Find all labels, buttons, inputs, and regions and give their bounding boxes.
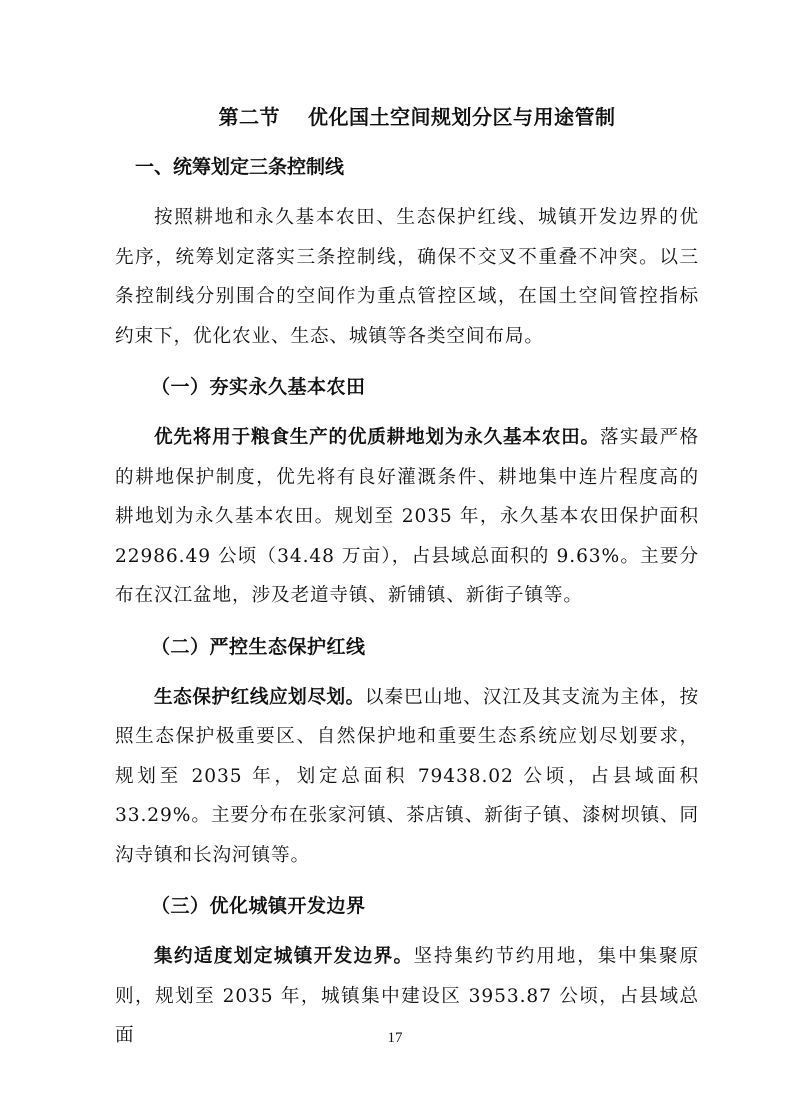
page-number: 17: [0, 1030, 790, 1047]
body-farmland: 落实最严格的耕地保护制度，优先将有良好灌溉条件、耕地集中连片程度高的耕地划为永久…: [115, 427, 699, 606]
document-page: 第二节优化国土空间规划分区与用途管制 一、统筹划定三条控制线 按照耕地和永久基本…: [0, 0, 790, 1118]
lead-sentence-urban: 集约适度划定城镇开发边界。: [154, 946, 414, 967]
subsection-heading-ecology: （二）严控生态保护红线: [115, 628, 699, 666]
section-label: 第二节: [219, 105, 281, 129]
section-title-text: 优化国土空间规划分区与用途管制: [308, 105, 616, 129]
lead-sentence-farmland: 优先将用于粮食生产的优质耕地划为永久基本农田。: [154, 427, 600, 448]
subsection-heading-farmland: （一）夯实永久基本农田: [115, 368, 699, 406]
heading-control-lines: 一、统筹划定三条控制线: [115, 148, 699, 186]
paragraph-farmland: 优先将用于粮食生产的优质耕地划为永久基本农田。落实最严格的耕地保护制度，优先将有…: [115, 418, 699, 616]
paragraph-ecology: 生态保护红线应划尽划。以秦巴山地、汉江及其支流为主体，按照生态保护极重要区、自然…: [115, 678, 699, 876]
page-content: 第二节优化国土空间规划分区与用途管制 一、统筹划定三条控制线 按照耕地和永久基本…: [115, 98, 699, 1068]
section-title: 第二节优化国土空间规划分区与用途管制: [115, 98, 699, 136]
subsection-heading-urban: （三）优化城镇开发边界: [115, 887, 699, 925]
lead-sentence-ecology: 生态保护红线应划尽划。: [154, 687, 365, 708]
body-ecology: 以秦巴山地、汉江及其支流为主体，按照生态保护极重要区、自然保护地和重要生态系统应…: [115, 687, 699, 866]
intro-paragraph: 按照耕地和永久基本农田、生态保护红线、城镇开发边界的优先序，统筹划定落实三条控制…: [115, 198, 699, 356]
